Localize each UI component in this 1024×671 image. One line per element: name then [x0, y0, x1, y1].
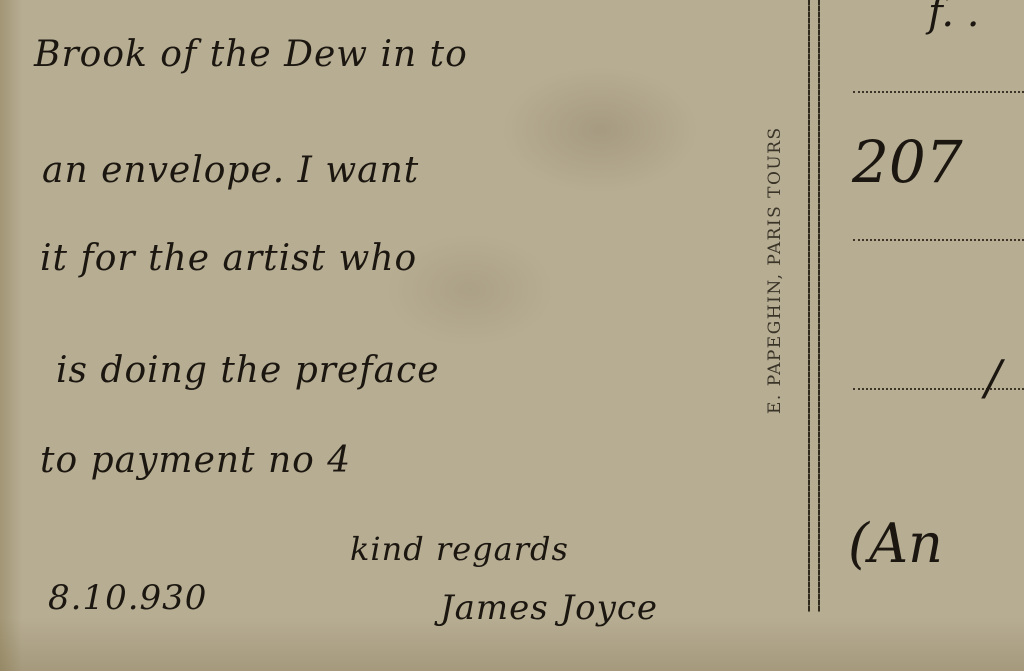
message-line-5: to payment no 4 — [40, 440, 351, 481]
message-line-4: is doing the preface — [56, 350, 440, 391]
divider-rule-left — [808, 0, 810, 612]
date: 8.10.930 — [48, 578, 207, 618]
message-line-2: an envelope. I want — [42, 150, 419, 191]
closing-line: kind regards — [350, 530, 569, 568]
address-line-2 — [853, 239, 1024, 241]
address-top: f. . — [928, 0, 980, 36]
publisher-imprint: E. PAPEGHIN, PARIS TOURS — [765, 126, 785, 414]
address-number: 207 — [852, 128, 963, 196]
signature: James Joyce — [440, 588, 658, 628]
message-line-3: it for the artist who — [40, 238, 417, 279]
address-bottom: (An — [848, 512, 943, 575]
message-line-1: Brook of the Dew in to — [34, 34, 468, 75]
address-line-1 — [853, 91, 1024, 93]
address-line-3-text: / — [985, 350, 1001, 406]
divider-rule-right — [818, 0, 820, 612]
postcard-back: Brook of the Dew in to an envelope. I wa… — [0, 0, 1024, 671]
